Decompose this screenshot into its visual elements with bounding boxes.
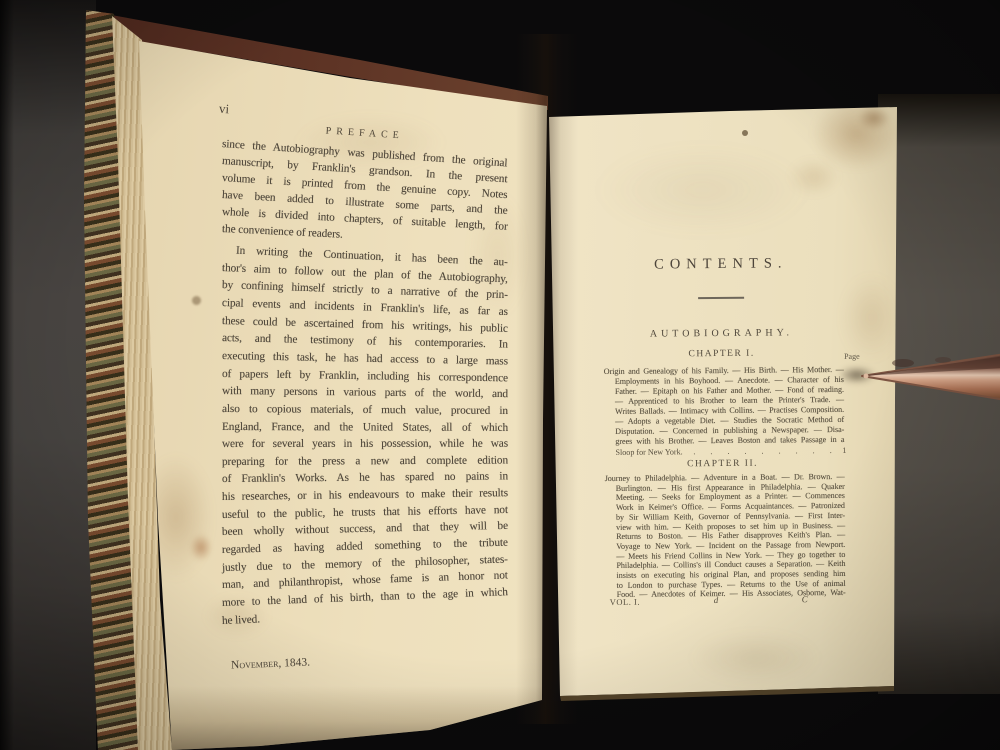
title-rule (698, 297, 744, 299)
signature-mark-c: C (802, 594, 808, 604)
volume-label: VOL. I. (610, 597, 640, 607)
page-column-label: Page (604, 352, 860, 363)
contents-line: Food. — Anecdotes of Keimer. — His Assoc… (606, 589, 846, 599)
section-heading: AUTOBIOGRAPHY. (548, 326, 894, 340)
chapter-1-last-text: Sloop for New York. (615, 447, 682, 457)
letter-opener (845, 330, 1000, 410)
chapter-2-heading: CHAPTER II. (550, 457, 896, 470)
chapter-1-page-number: 1 (842, 446, 846, 455)
signature-mark-d: d (714, 595, 719, 605)
dot-leaders: . . . . . . . . . (683, 446, 843, 456)
book-photograph: vi PREFACE since the Autobiography was p… (0, 0, 1000, 750)
contents-line: grees with his Brother. — Leaves Boston … (604, 436, 844, 446)
chapter-1-last-line: Sloop for New York. . . . . . . . . . 1 (604, 446, 846, 457)
contents-title: CONTENTS. (548, 254, 894, 274)
